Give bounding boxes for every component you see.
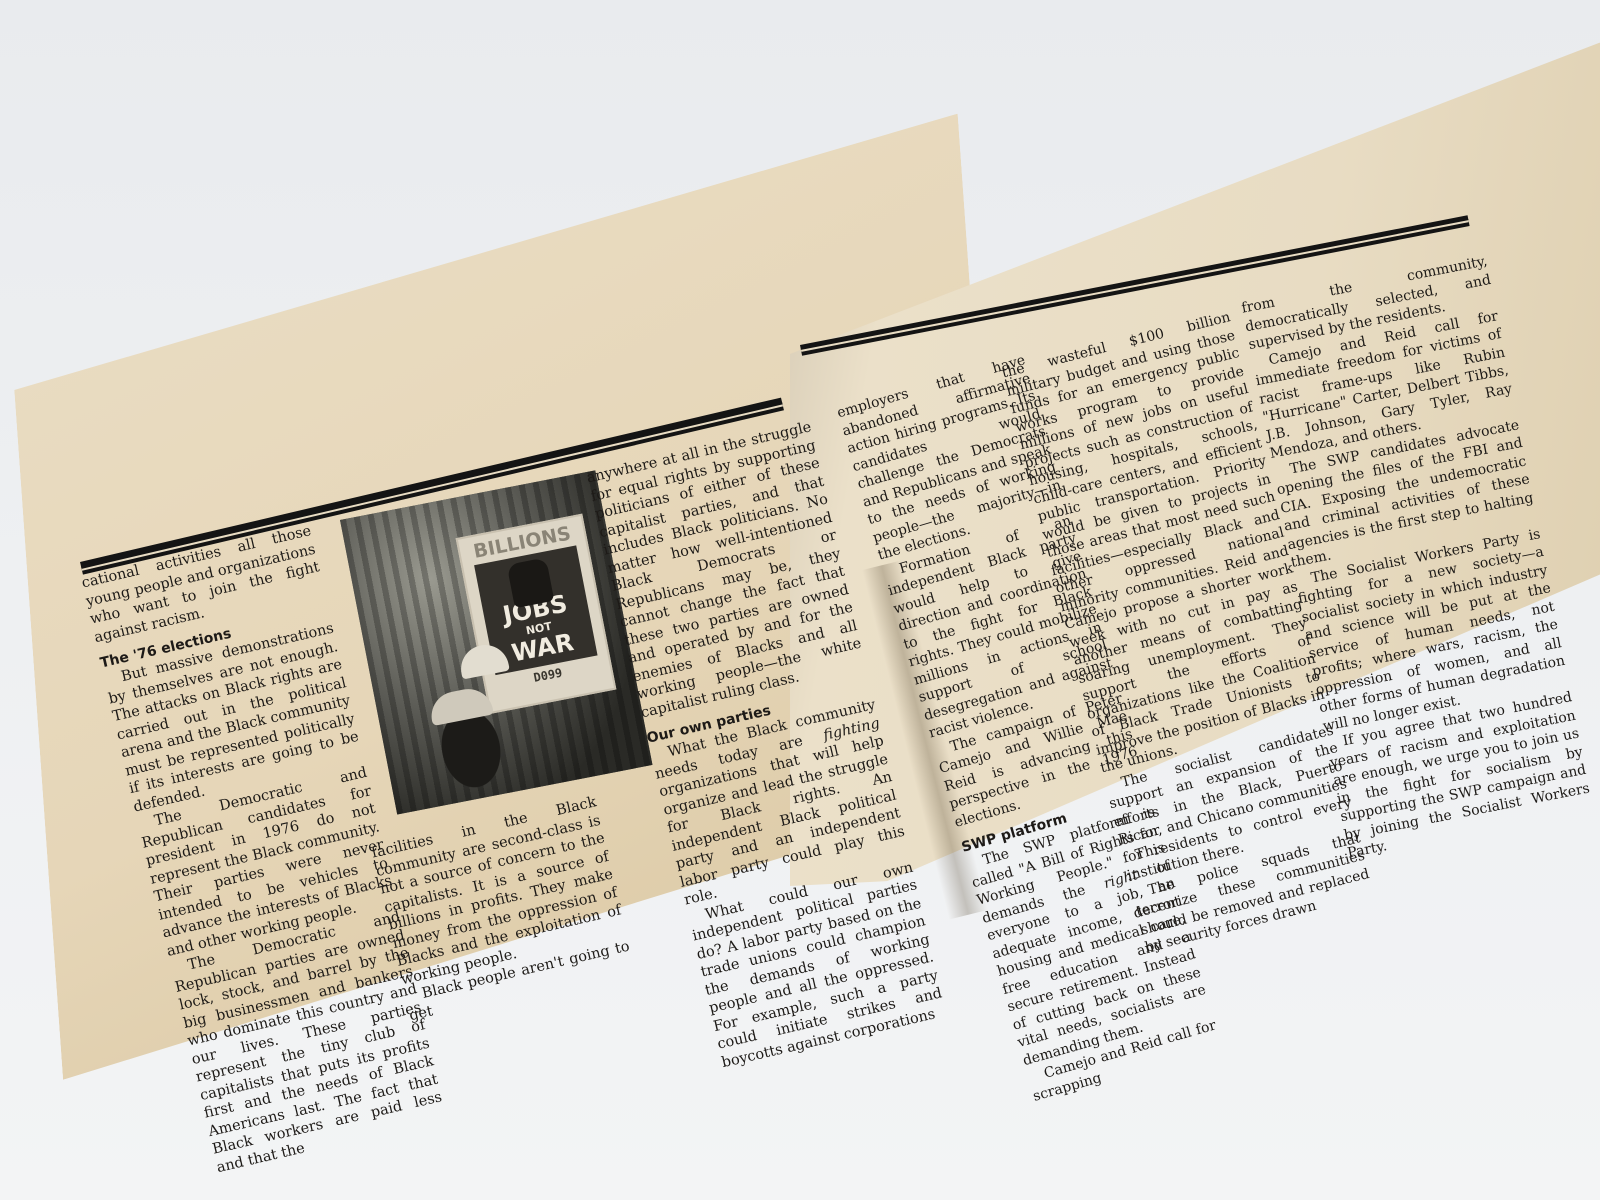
raised-fist-icon [506, 557, 554, 608]
poster-union-code: D099 [532, 666, 563, 685]
poster-slogan-war: WAR [510, 630, 576, 665]
photo-scene: cational activities all those young peop… [0, 0, 1600, 1200]
